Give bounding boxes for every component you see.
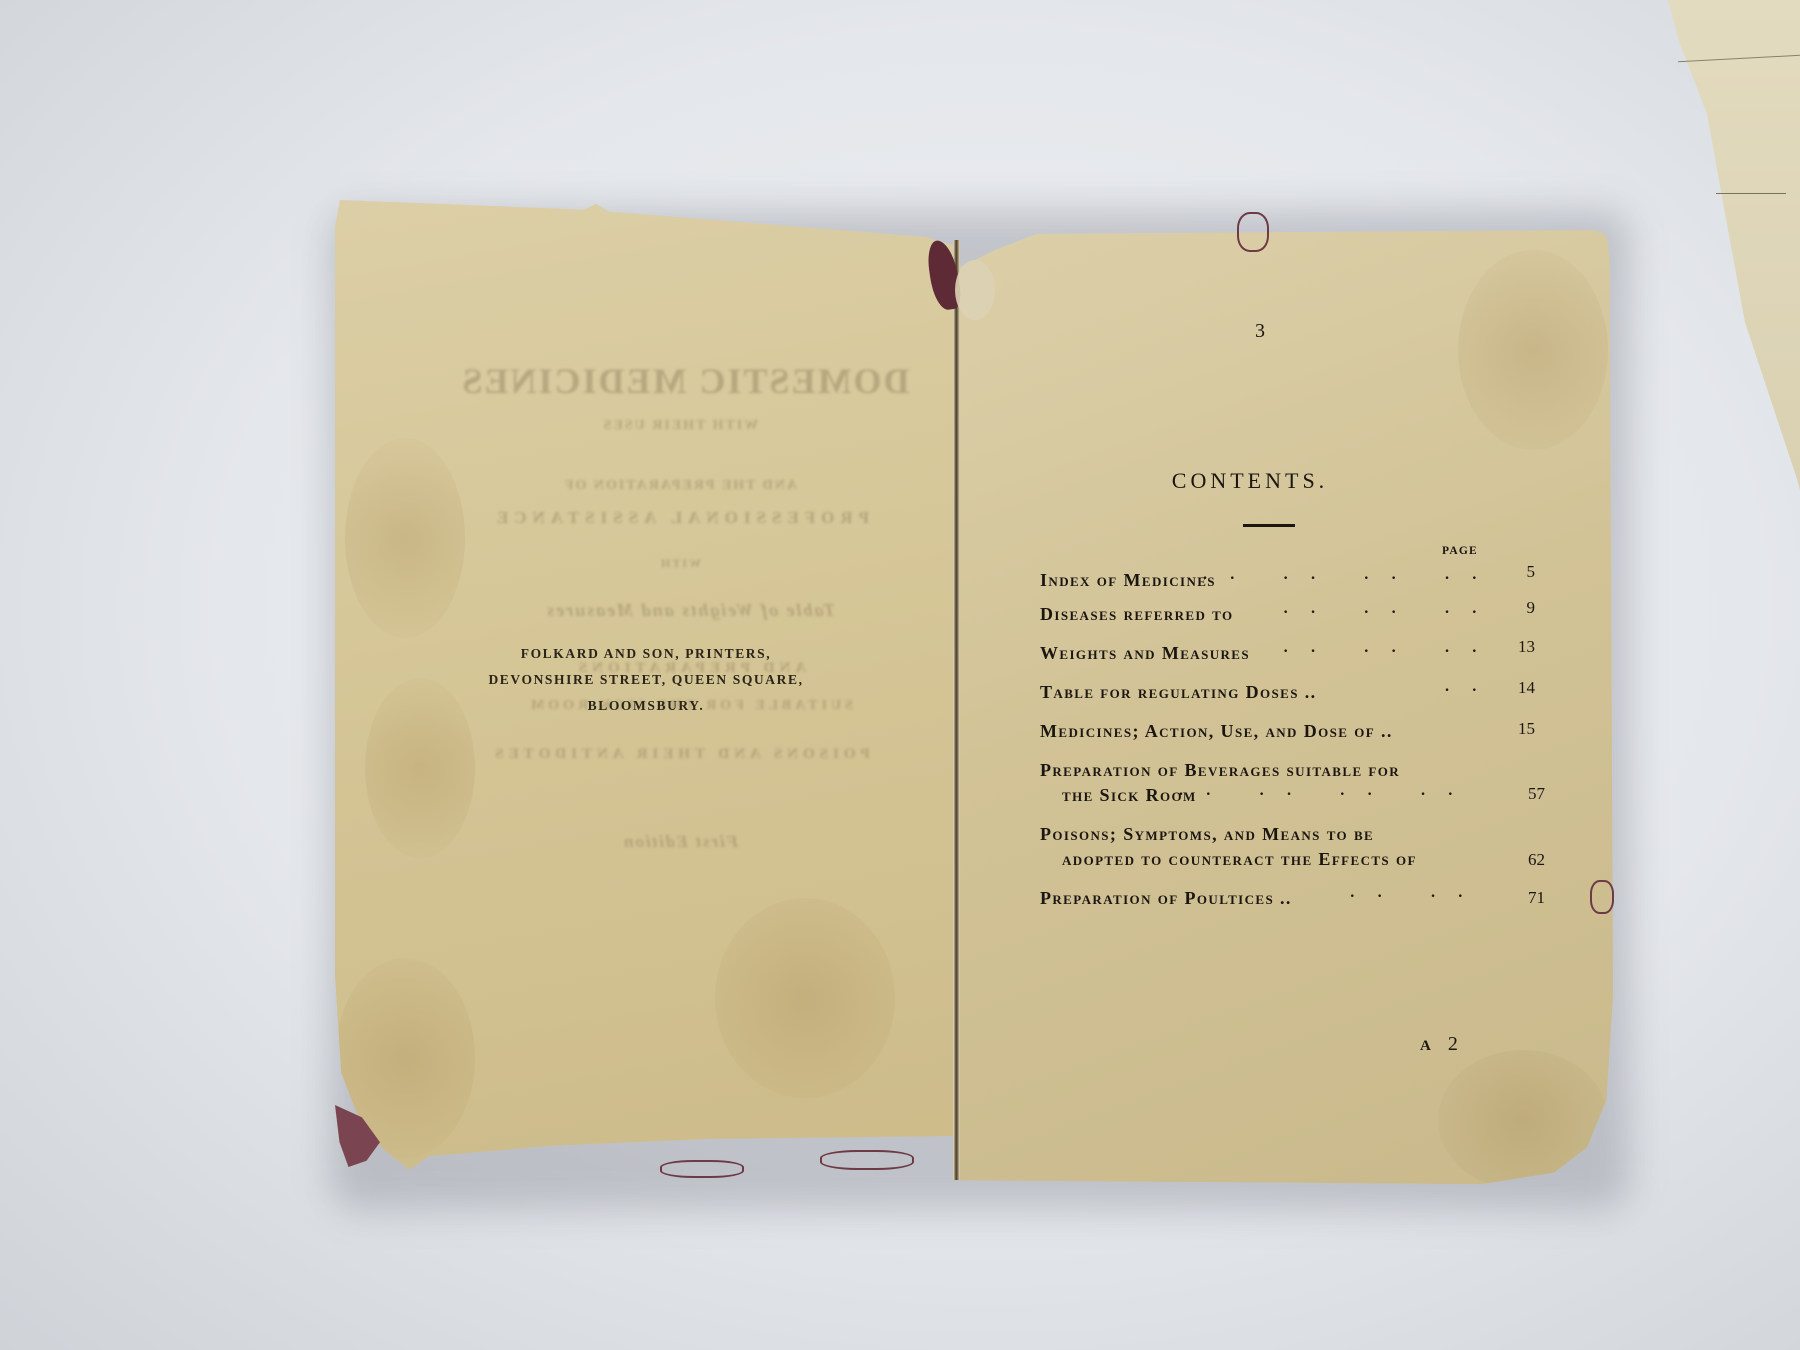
contents-heading: CONTENTS. xyxy=(1100,468,1400,494)
toc-entry-page: 15 xyxy=(1499,719,1535,739)
imprint-line: FOLKARD AND SON, PRINTERS, xyxy=(335,641,957,667)
printer-imprint: FOLKARD AND SON, PRINTERS, DEVONSHIRE ST… xyxy=(335,641,957,719)
toc-entry-page: 62 xyxy=(1509,850,1545,870)
toc-entry: Poisons; Symptoms, and Means to be adopt… xyxy=(1040,824,1535,888)
table-of-contents: Index of Medicines ·· ·· ·· ·· 5 Disease… xyxy=(1040,565,1535,927)
toc-entry-title: Weights and Measures xyxy=(1040,643,1250,664)
leader-dots: ·· ·· ·· ·· xyxy=(1202,570,1499,588)
loose-thread xyxy=(820,1150,914,1170)
show-through-text: WITH THEIR USES xyxy=(490,418,870,434)
page-number: 3 xyxy=(1220,320,1300,343)
toc-entry-page: 5 xyxy=(1499,562,1535,582)
torn-paper xyxy=(955,260,995,320)
leader-dots: ·· ·· ·· ·· xyxy=(1178,786,1475,804)
heading-rule xyxy=(1243,524,1295,527)
show-through-text: PROFESSIONAL ASSISTANCE xyxy=(450,508,910,528)
show-through-text: AND THE PREPARATION OF xyxy=(490,478,870,494)
toc-entry-page: 9 xyxy=(1499,598,1535,618)
toc-entry-title: Diseases referred to xyxy=(1040,604,1234,625)
toc-entry-page: 57 xyxy=(1509,784,1545,804)
leader-dots: ·· ·· xyxy=(1350,888,1485,906)
toc-entry-title: Poisons; Symptoms, and Means to be adopt… xyxy=(1040,824,1417,870)
signature-number: 2 xyxy=(1448,1033,1464,1055)
toc-entry-title: Index of Medicines xyxy=(1040,570,1216,591)
leader-dots: ·· ·· ·· xyxy=(1283,604,1499,622)
toc-entry-page: 71 xyxy=(1509,888,1545,908)
toc-entry-title: Table for regulating Doses .. xyxy=(1040,682,1317,703)
stain xyxy=(715,898,895,1098)
toc-entry: Medicines; Action, Use, and Dose of .. 1… xyxy=(1040,721,1535,760)
signature-mark: A 2 xyxy=(1420,1033,1464,1056)
show-through-text: POISONS AND THEIR ANTIDOTES xyxy=(440,746,920,763)
show-through-text: Table of Weights and Measures xyxy=(470,600,910,621)
show-through-text: DOMESTIC MEDICINES xyxy=(455,360,915,402)
toc-entry: Diseases referred to ·· ·· ·· 9 xyxy=(1040,604,1535,643)
leader-dots: ·· xyxy=(1444,682,1499,700)
toc-entry: Table for regulating Doses .. ·· 14 xyxy=(1040,682,1535,721)
toc-entry: Preparation of Beverages suitable for th… xyxy=(1040,760,1535,824)
toc-entry-title: Medicines; Action, Use, and Dose of .. xyxy=(1040,721,1393,742)
stain xyxy=(345,438,465,638)
toc-entry-title: Preparation of Poultices .. xyxy=(1040,888,1292,909)
page-column-label: PAGE xyxy=(1442,545,1478,557)
loose-thread xyxy=(1590,880,1614,914)
loose-thread xyxy=(660,1160,744,1178)
toc-entry-page: 13 xyxy=(1499,637,1535,657)
show-through-text: First Edition xyxy=(560,832,800,852)
stain xyxy=(1458,250,1608,450)
toc-entry: Weights and Measures ·· ·· ·· 13 xyxy=(1040,643,1535,682)
toc-entry-page: 14 xyxy=(1499,678,1535,698)
imprint-line: DEVONSHIRE STREET, QUEEN SQUARE, xyxy=(335,667,957,693)
book-spine xyxy=(953,240,960,1180)
signature-letter: A xyxy=(1420,1038,1437,1054)
paper-scrap xyxy=(1668,0,1800,520)
toc-entry: Preparation of Poultices .. ·· ·· 71 xyxy=(1040,888,1535,927)
show-through-text: WITH xyxy=(560,556,800,571)
scrap-crease xyxy=(1716,193,1786,194)
leader-dots: ·· ·· ·· xyxy=(1283,643,1499,661)
imprint-line: BLOOMSBURY. xyxy=(335,693,957,719)
loose-thread xyxy=(1237,212,1269,252)
